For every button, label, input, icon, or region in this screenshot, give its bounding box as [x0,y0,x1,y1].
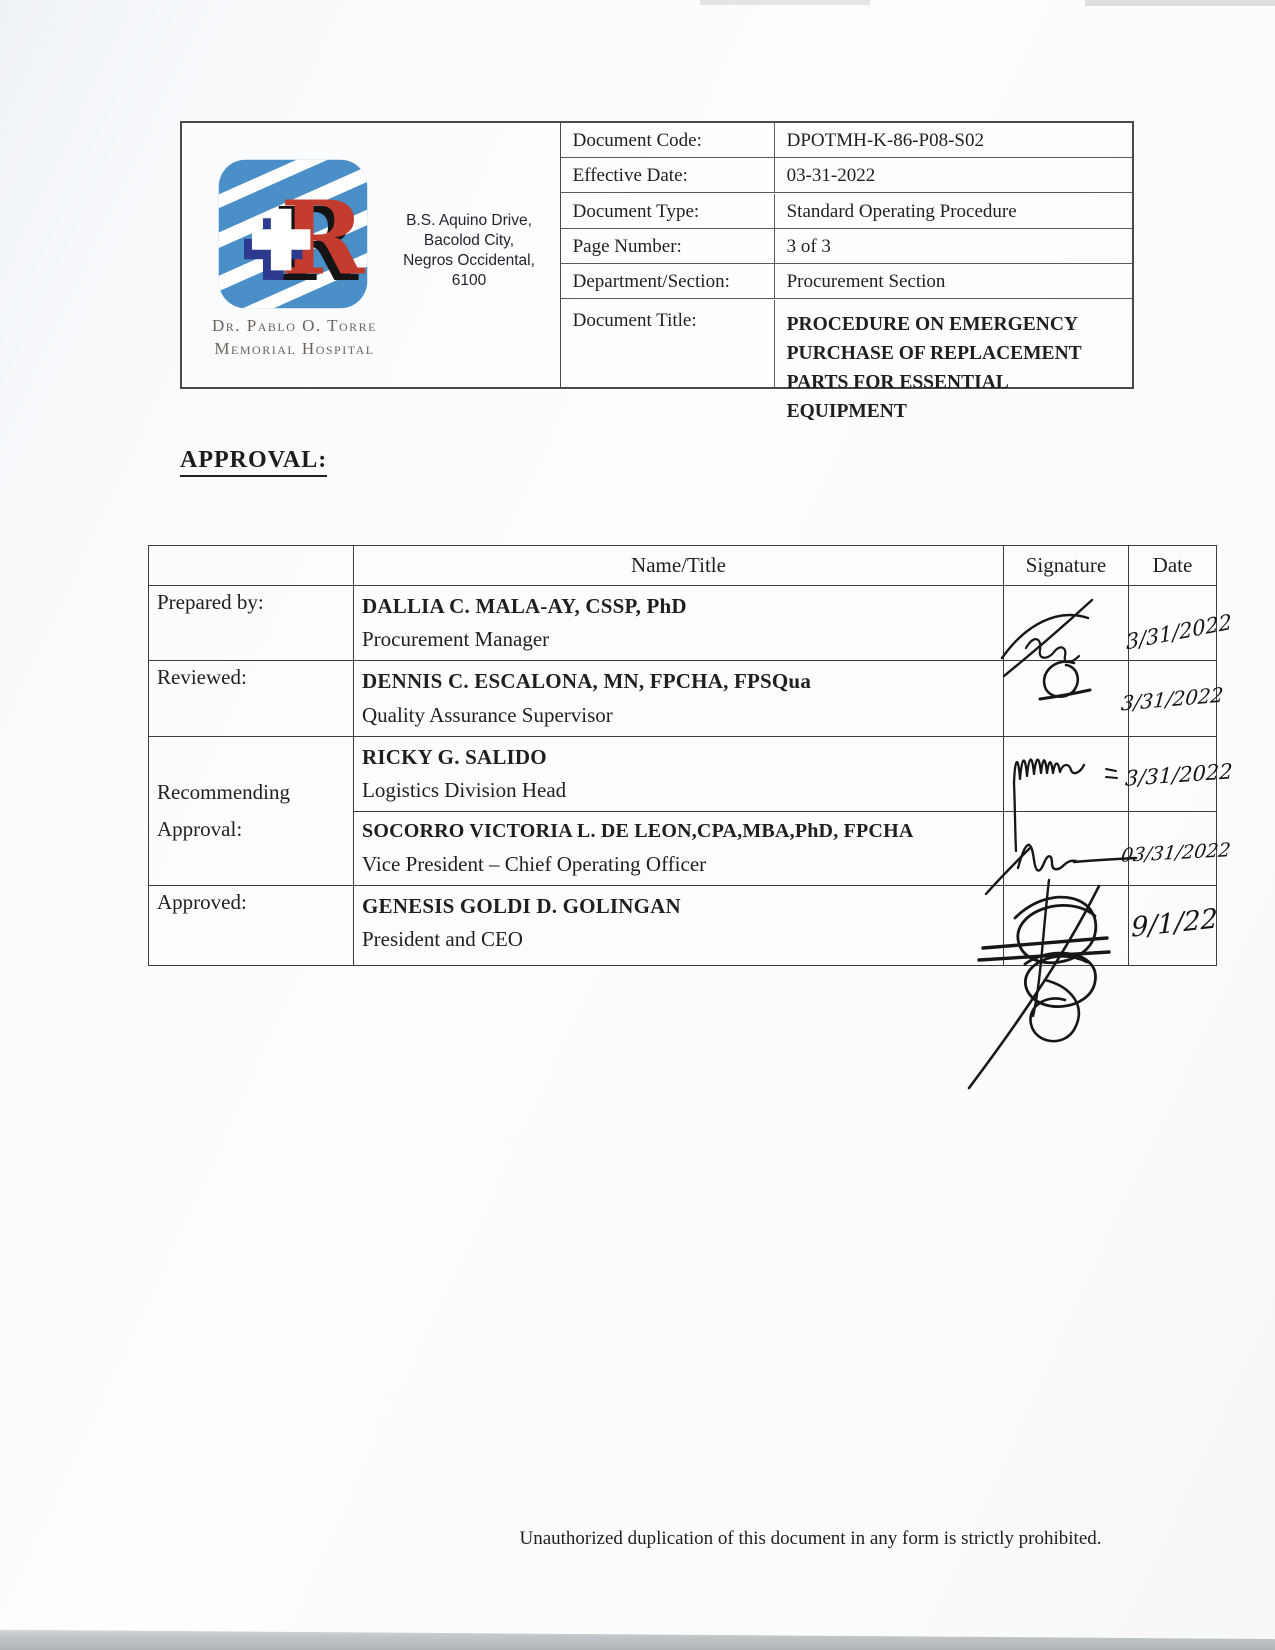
signature-scribble [949,852,1189,1092]
signatory-name: SOCORRO VICTORIA L. DE LEON,CPA,MBA,PhD,… [362,816,995,848]
address-line: Bacolod City, [394,231,544,251]
hospital-name-line1: Dr. Pablo O. Torre [182,315,407,338]
signatory-cell: GENESIS GOLDI D. GOLINGAN President and … [354,885,1004,965]
document-meta-grid: Document Code: DPOTMH-K-86-P08-S02 Effec… [561,123,1132,387]
signatory-title: Logistics Division Head [362,774,995,807]
signatory-cell: SOCORRO VICTORIA L. DE LEON,CPA,MBA,PhD,… [354,812,1004,886]
scan-artifact [700,0,870,5]
signatory-title: Quality Assurance Supervisor [362,699,995,732]
address-line: Negros Occidental, [394,251,544,271]
meta-value: 03-31-2022 [775,158,1132,193]
meta-value: Standard Operating Procedure [775,194,1132,229]
address-line: B.S. Aquino Drive, [394,211,544,231]
handwritten-date: 03/31/2022 [1120,839,1232,867]
meta-value: Procurement Section [775,264,1132,299]
signatory-title: Procurement Manager [362,623,995,656]
signatory-title: Vice President – Chief Operating Officer [362,848,995,881]
document-title: PROCEDURE ON EMERGENCY PURCHASE OF REPLA… [775,300,1132,387]
signatory-name: GENESIS GOLDI D. GOLINGAN [362,890,995,923]
date-cell: 3/31/2022 [1129,736,1217,811]
hospital-identity-cell: R R Dr. Pablo O. Torre Memorial Hospital… [182,123,561,387]
approval-row-recommending-1: Recommending Approval: RICKY G. SALIDO L… [149,736,1217,811]
approval-col-blank [149,546,354,586]
meta-label: Document Title: [561,300,775,387]
signatory-name: DALLIA C. MALA-AY, CSSP, PhD [362,590,995,623]
row-label: Prepared by: [149,586,354,661]
signature-cell [1004,885,1129,965]
meta-value: DPOTMH-K-86-P08-S02 [775,123,1132,158]
approval-row-prepared: Prepared by: DALLIA C. MALA-AY, CSSP, Ph… [149,586,1217,661]
approval-row-reviewed: Reviewed: DENNIS C. ESCALONA, MN, FPCHA,… [149,661,1217,736]
meta-label: Department/Section: [561,264,775,299]
approval-heading: APPROVAL: [180,447,327,477]
meta-label: Effective Date: [561,158,775,193]
scanned-document-page: R R Dr. Pablo O. Torre Memorial Hospital… [0,0,1275,1650]
meta-value: 3 of 3 [775,229,1132,264]
approval-col-name-title: Name/Title [354,546,1004,586]
approval-table: Name/Title Signature Date Prepared by: D… [148,545,1217,966]
meta-label: Document Code: [561,123,775,158]
approval-col-signature: Signature [1004,546,1129,586]
signatory-name: DENNIS C. ESCALONA, MN, FPCHA, FPSQua [362,665,995,698]
signatory-cell: DALLIA C. MALA-AY, CSSP, PhD Procurement… [354,586,1004,661]
hospital-address: B.S. Aquino Drive, Bacolod City, Negros … [394,211,544,292]
row-label: Recommending Approval: [149,736,354,885]
signatory-cell: DENNIS C. ESCALONA, MN, FPCHA, FPSQua Qu… [354,661,1004,736]
document-header-table: R R Dr. Pablo O. Torre Memorial Hospital… [180,121,1134,389]
signature-cell [1004,586,1129,661]
meta-label: Page Number: [561,229,775,264]
signatory-title: President and CEO [362,923,995,956]
signatory-name: RICKY G. SALIDO [362,741,995,774]
address-line: 6100 [394,271,544,291]
footer-notice: Unauthorized duplication of this documen… [173,1528,1275,1550]
hospital-name-line2: Memorial Hospital [182,338,407,361]
scan-artifact [1085,0,1275,6]
signature-scribble [1026,655,1116,715]
hospital-logo-icon: R R [214,155,372,313]
signature-cell [1004,736,1129,811]
row-label: Approved: [149,885,354,965]
hospital-name: Dr. Pablo O. Torre Memorial Hospital [182,315,407,361]
approval-col-date: Date [1129,546,1217,586]
row-label: Reviewed: [149,661,354,736]
page-edge-shadow [0,1624,1275,1650]
approval-row-approved: Approved: GENESIS GOLDI D. GOLINGAN Pres… [149,885,1217,965]
handwritten-date: 3/31/2022 [1125,759,1233,791]
meta-label: Document Type: [561,194,775,229]
signatory-cell: RICKY G. SALIDO Logistics Division Head [354,736,1004,811]
